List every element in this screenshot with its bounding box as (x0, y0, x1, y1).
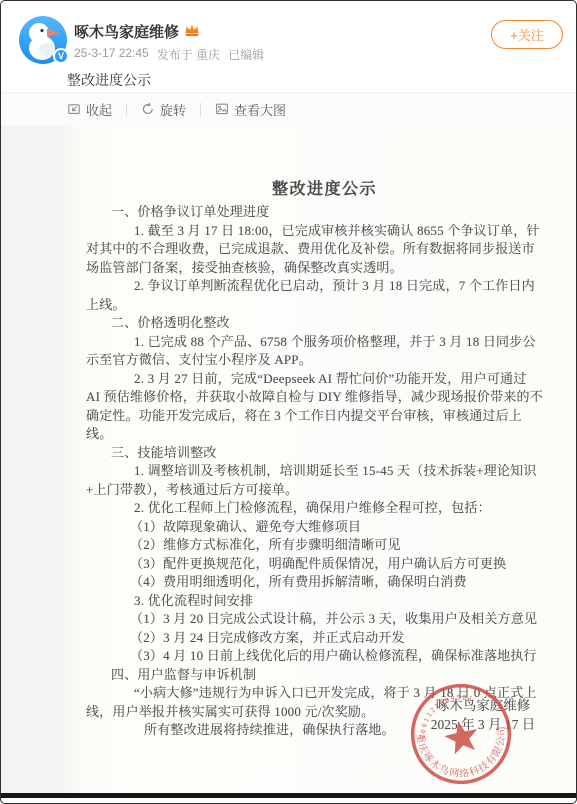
post-title: 整改进度公示 (67, 70, 151, 90)
doc-paragraph: 1. 调整培训及考核机制，培训期延长至 15-45 天（技术拆装+理论知识+上门… (86, 462, 543, 499)
collapse-icon (67, 102, 81, 116)
doc-paragraph: 3. 优化流程时间安排 (86, 592, 543, 611)
view-large-image-icon (215, 102, 229, 116)
collapse-label: 收起 (86, 100, 112, 119)
rotate-button[interactable]: 旋转 (141, 100, 186, 119)
weibo-post-card: V 啄木鸟家庭维修 25-3-17 22:45 发布于 重庆 已编辑 +关注 整… (0, 0, 577, 804)
company-seal-stamp: 5001121009581 重庆啄木鸟网络科技有限公司 (399, 672, 522, 795)
username[interactable]: 啄木鸟家庭维修 (74, 21, 179, 42)
post-location: 发布于 重庆 (157, 46, 220, 63)
doc-paragraph: （3）4 月 10 日前上线优化后的用户确认检修流程，确保标准落地执行 (86, 647, 543, 666)
follow-button[interactable]: +关注 (491, 20, 563, 49)
doc-paragraph: （1）故障现象确认、避免夸大维修项目 (86, 518, 543, 537)
svg-text:重庆啄木鸟网络科技有限公司: 重庆啄木鸟网络科技有限公司 (413, 715, 516, 789)
doc-paragraph: （3）配件更换规范化，明确配件质保情况，用户确认后方可更换 (86, 555, 543, 574)
toolbar-divider (200, 103, 201, 116)
photo-dark-edge (1, 793, 576, 798)
doc-paragraph: 三、技能培训整改 (86, 444, 543, 463)
rotate-label: 旋转 (160, 100, 186, 119)
view-large-button[interactable]: 查看大图 (215, 100, 286, 119)
doc-paragraph: 二、价格透明化整改 (86, 314, 543, 333)
doc-paragraph: 2. 优化工程师上门检修流程，确保用户维修全程可控，包括： (86, 499, 543, 518)
seal-company-name: 重庆啄木鸟网络科技有限公司 (413, 715, 516, 789)
document-title: 整改进度公示 (73, 176, 576, 199)
seal-star-icon (442, 717, 482, 755)
post-timestamp: 25-3-17 22:45 (74, 46, 149, 63)
doc-paragraph: 2. 争议订单判断流程优化已启动，预计 3 月 18 日完成，7 个工作日内上线… (86, 277, 543, 314)
doc-paragraph: （4）费用明细透明化，所有费用拆解清晰，确保明白消费 (86, 573, 543, 592)
doc-paragraph: 一、价格争议订单处理进度 (86, 203, 543, 222)
doc-paragraph: （1）3 月 20 日完成公式设计稿，并公示 3 天，收集用户及相关方意见 (86, 610, 543, 629)
doc-paragraph: 1. 已完成 88 个产品、6758 个服务项价格整理，并于 3 月 18 日同… (86, 333, 543, 370)
image-toolbar: 收起 旋转 查看大图 (1, 92, 576, 125)
doc-paragraph: 2. 3 月 27 日前，完成“Deepseek AI 帮忙问价”功能开发，用户… (86, 370, 543, 444)
rotate-icon (141, 102, 155, 116)
vip-crown-icon (184, 23, 200, 42)
collapse-button[interactable]: 收起 (67, 100, 112, 119)
view-large-label: 查看大图 (234, 100, 286, 119)
doc-paragraph: （2）维修方式标准化，所有步骤明细清晰可见 (86, 536, 543, 555)
post-meta: 25-3-17 22:45 发布于 重庆 已编辑 (74, 46, 264, 63)
document-body: 一、价格争议订单处理进度 1. 截至 3 月 17 日 18:00，已完成审核并… (86, 203, 543, 740)
post-edited-flag: 已编辑 (228, 46, 264, 63)
doc-paragraph: （2）3 月 24 日完成修改方案，并正式启动开发 (86, 629, 543, 648)
toolbar-divider (126, 103, 127, 116)
verified-badge: V (53, 48, 69, 64)
post-image-document-photo[interactable]: 整改进度公示 一、价格争议订单处理进度 1. 截至 3 月 17 日 18:00… (1, 125, 576, 798)
doc-paragraph: 1. 截至 3 月 17 日 18:00，已完成审核并核实确认 8655 个争议… (86, 222, 543, 278)
